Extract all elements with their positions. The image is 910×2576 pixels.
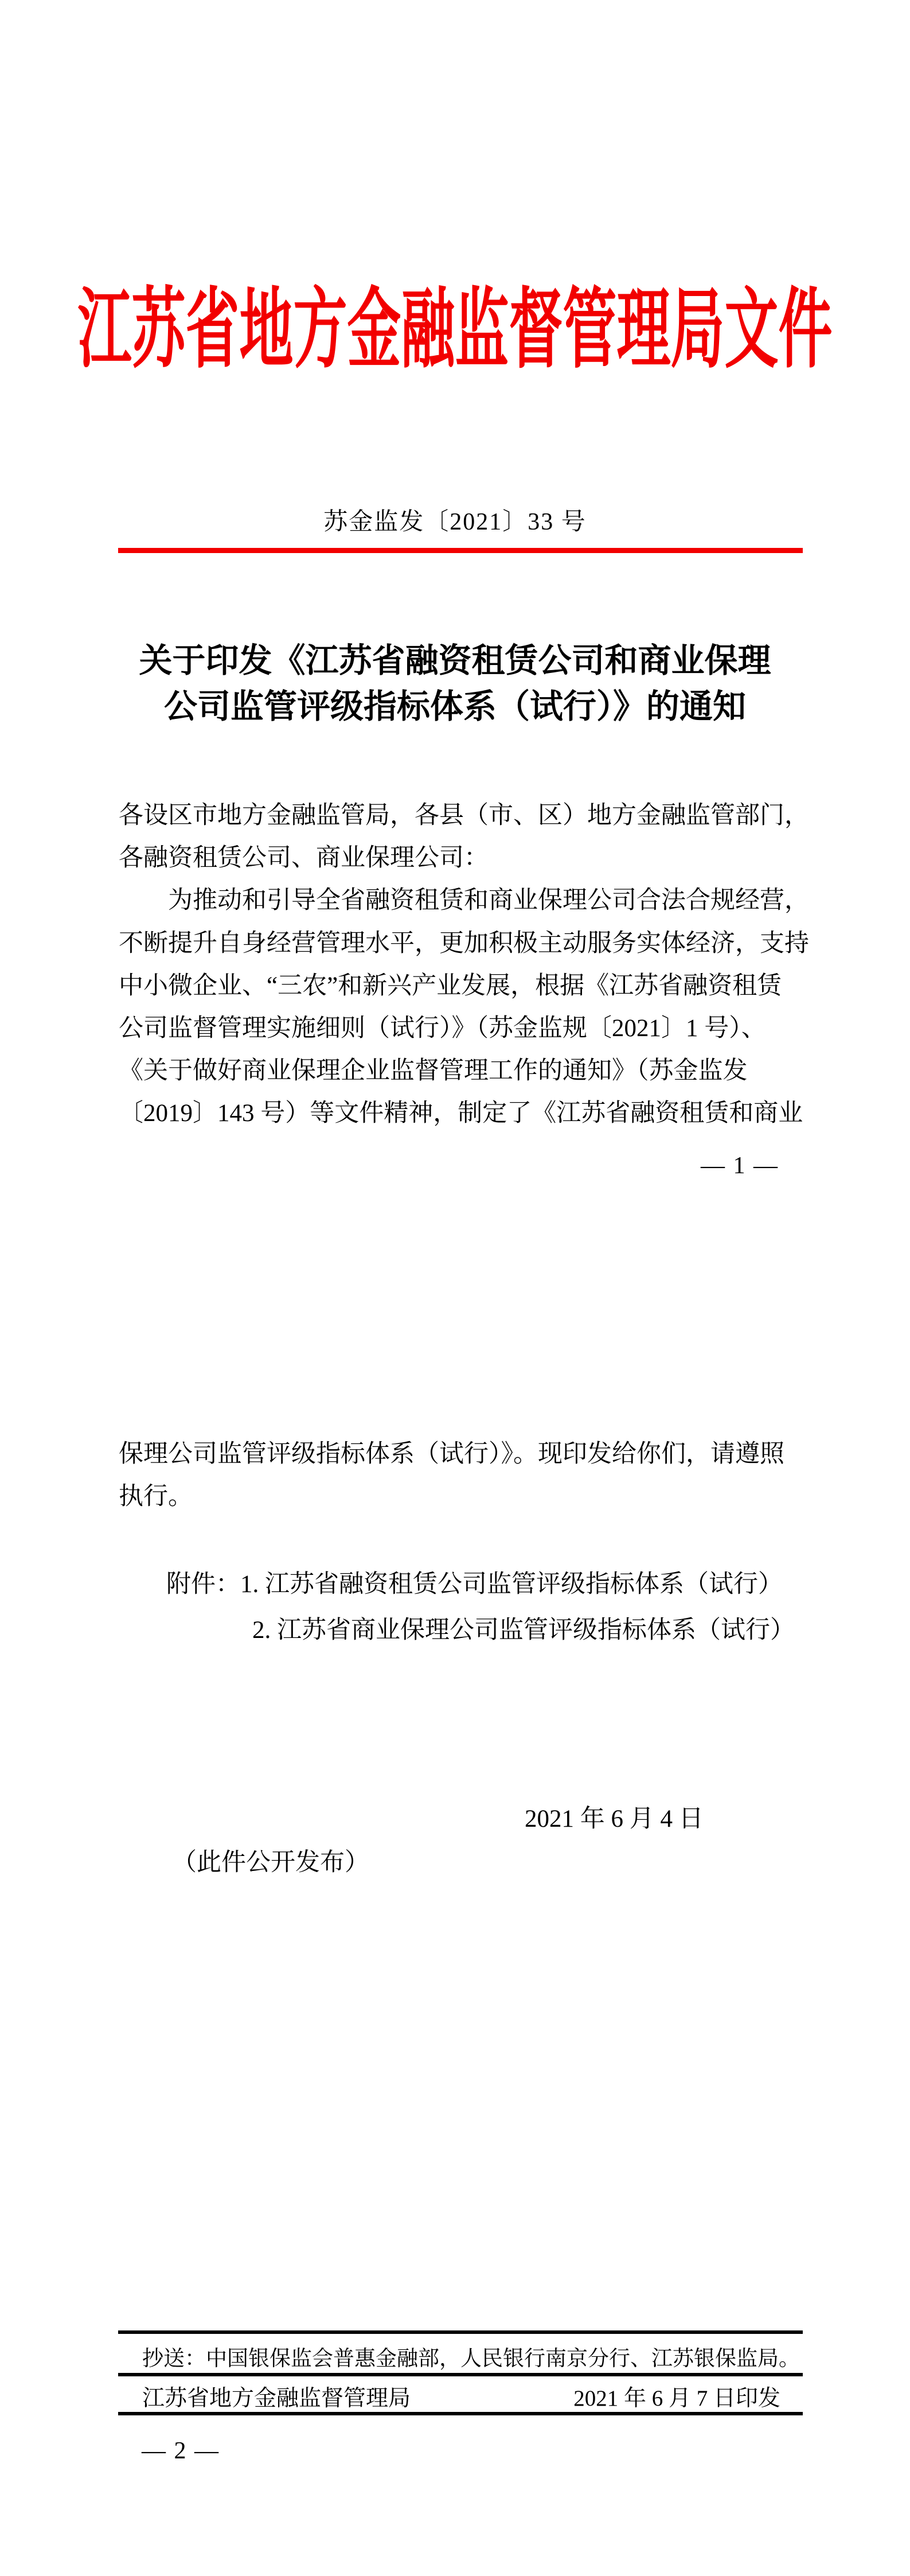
doc-reference-number: 苏金监发〔2021〕33 号 — [0, 503, 910, 537]
issuing-agency: 江苏省地方金融监督管理局 — [142, 2380, 411, 2412]
attachment-item-2: 2. 江苏省商业保理公司监管评级指标体系（试行） — [252, 1616, 795, 1645]
letterhead: 江苏省地方金融监督管理局文件 — [0, 287, 910, 341]
public-release-note: （此件公开发布） — [172, 1843, 369, 1878]
print-date: 2021 年 6 月 7 日印发 — [573, 2380, 780, 2412]
body-line: 《关于做好商业保理企业监督管理工作的通知》（苏金监发 — [119, 1050, 809, 1092]
red-separator-rule — [118, 548, 803, 553]
body-line: 中小微企业、“三农”和新兴产业发展，根据《江苏省融资租赁 — [119, 965, 809, 1007]
body-line: 各融资租赁公司、商业保理公司： — [119, 837, 809, 880]
page1-number: — 1 — — [701, 1152, 779, 1180]
body-line: 执行。 — [119, 1476, 784, 1518]
issue-date: 2021 年 6 月 4 日 — [525, 1799, 704, 1834]
notice-title-line1: 关于印发《江苏省融资租赁公司和商业保理 — [0, 638, 910, 684]
attachment-item-1: 附件：1. 江苏省融资租赁公司监管评级指标体系（试行） — [166, 1570, 783, 1600]
imprint-rule-top — [118, 2330, 803, 2334]
page2-body: 保理公司监管评级指标体系（试行）》。现印发给你们，请遵照 执行。 — [119, 1433, 784, 1518]
body-line: 不断提升自身经营管理水平，更加积极主动服务实体经济，支持 — [119, 923, 809, 965]
imprint-rule-bottom — [118, 2412, 803, 2415]
agency-title: 江苏省地方金融监督管理局文件 — [77, 287, 832, 374]
official-document-page: 江苏省地方金融监督管理局文件 苏金监发〔2021〕33 号 关于印发《江苏省融资… — [0, 0, 910, 2576]
body-line: 保理公司监管评级指标体系（试行）》。现印发给你们，请遵照 — [119, 1433, 784, 1476]
imprint-rule-middle — [118, 2373, 803, 2376]
cc-line: 抄送：中国银保监会普惠金融部，人民银行南京分行、江苏银保监局。 — [142, 2341, 800, 2372]
page2-number: — 2 — — [142, 2437, 220, 2465]
body-line: 各设区市地方金融监管局，各县（市、区）地方金融监管部门， — [119, 795, 809, 837]
body-line: 〔2019〕143 号）等文件精神，制定了《江苏省融资租赁和商业 — [119, 1092, 809, 1135]
body-line: 为推动和引导全省融资租赁和商业保理公司合法合规经营， — [119, 880, 809, 922]
page1-body: 各设区市地方金融监管局，各县（市、区）地方金融监管部门， 各融资租赁公司、商业保… — [119, 795, 809, 1135]
notice-title: 关于印发《江苏省融资租赁公司和商业保理 公司监管评级指标体系（试行）》的通知 — [0, 638, 910, 730]
notice-title-line2: 公司监管评级指标体系（试行）》的通知 — [0, 684, 910, 730]
body-line: 公司监督管理实施细则（试行）》（苏金监规〔2021〕1 号）、 — [119, 1007, 809, 1050]
